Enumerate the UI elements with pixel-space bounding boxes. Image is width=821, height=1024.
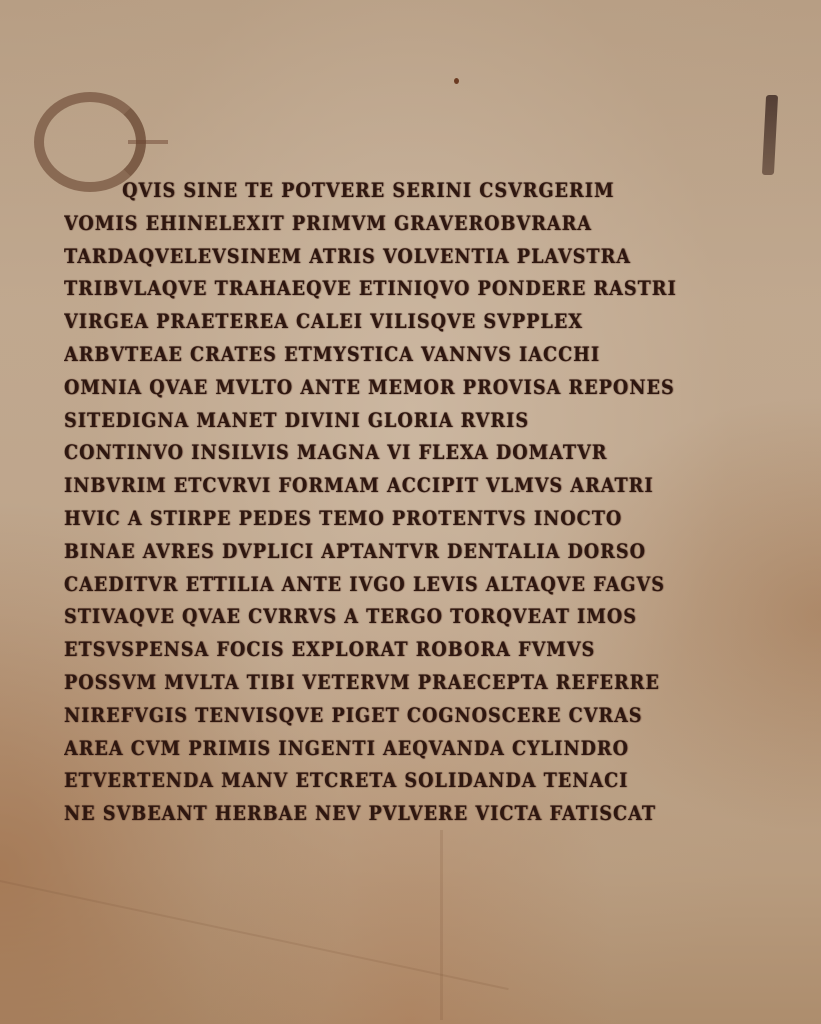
text-line: HVIC A STIRPE PEDES TEMO PROTENTVS INOCT… — [64, 502, 706, 535]
text-line: ETVERTENDA MANV ETCRETA SOLIDANDA TENACI — [64, 764, 706, 797]
text-line: ETSVSPENSA FOCIS EXPLORAT ROBORA FVMVS — [64, 633, 706, 666]
text-line: ARBVTEAE CRATES ETMYSTICA VANNVS IACCHI — [64, 338, 706, 371]
text-line: TARDAQVELEVSINEM ATRIS VOLVENTIA PLAVSTR… — [64, 240, 706, 273]
text-line: NIREFVGIS TENVISQVE PIGET COGNOSCERE CVR… — [64, 699, 706, 732]
text-line: QVIS SINE TE POTVERE SERINI CSVRGERIM — [64, 174, 706, 207]
initial-q-tail — [128, 140, 168, 144]
text-line: STIVAQVE QVAE CVRRVS A TERGO TORQVEAT IM… — [64, 600, 706, 633]
text-line: NE SVBEANT HERBAE NEV PVLVERE VICTA FATI… — [64, 797, 706, 830]
parchment-crease — [440, 830, 443, 1020]
text-line: BINAE AVRES DVPLICI APTANTVR DENTALIA DO… — [64, 535, 706, 568]
text-line: VOMIS EHINELEXIT PRIMVM GRAVEROBVRARA — [64, 207, 706, 240]
text-line: CONTINVO INSILVIS MAGNA VI FLEXA DOMATVR — [64, 436, 706, 469]
text-line: AREA CVM PRIMIS INGENTI AEQVANDA CYLINDR… — [64, 732, 706, 765]
text-line: CAEDITVR ETTILIA ANTE IVGO LEVIS ALTAQVE… — [64, 568, 706, 601]
margin-ink-stroke — [762, 95, 778, 175]
parchment-crease — [0, 880, 509, 990]
text-line: TRIBVLAQVE TRAHAEQVE ETINIQVO PONDERE RA… — [64, 272, 706, 305]
text-line: INBVRIM ETCVRVI FORMAM ACCIPIT VLMVS ARA… — [64, 469, 706, 502]
ink-speck — [454, 78, 459, 84]
text-line: POSSVM MVLTA TIBI VETERVM PRAECEPTA REFE… — [64, 666, 706, 699]
manuscript-text-block: QVIS SINE TE POTVERE SERINI CSVRGERIM VO… — [64, 174, 794, 830]
text-line: VIRGEA PRAETEREA CALEI VILISQVE SVPPLEX — [64, 305, 706, 338]
manuscript-page: Q QVIS SINE TE POTVERE SERINI CSVRGERIM … — [0, 0, 821, 1024]
text-line: OMNIA QVAE MVLTO ANTE MEMOR PROVISA REPO… — [64, 371, 706, 404]
text-line: SITEDIGNA MANET DIVINI GLORIA RVRIS — [64, 404, 706, 437]
